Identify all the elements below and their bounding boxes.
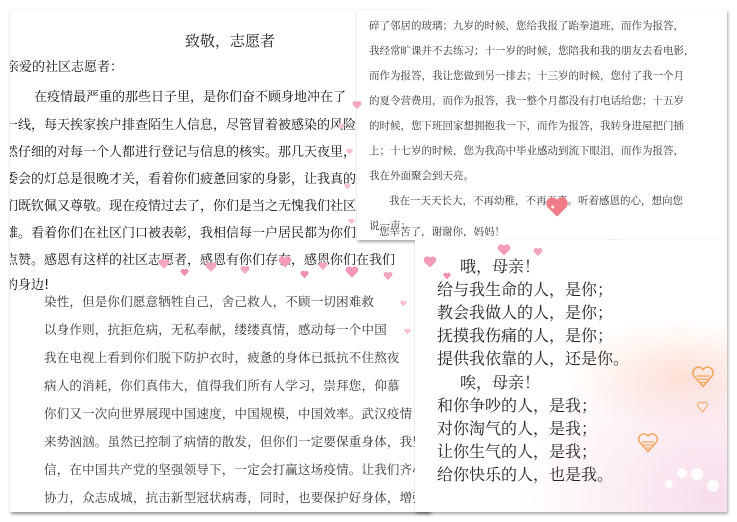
paragraph-line: 上；十七岁的时候，您为我高中毕业感动到流下眼泪，而作为报答， xyxy=(369,143,684,158)
poem-line: 对你淘气的人，是我； xyxy=(437,416,597,439)
paragraph-line: 的身边! xyxy=(10,274,49,293)
paragraph-line: 在疫情最严重的那些日子里，是你们奋不顾身地冲在了 xyxy=(34,86,346,105)
paragraph-line: 的时候，您下班回家想拥抱我一下，而作为报答，我转身进屋把门插 xyxy=(369,118,684,133)
paragraph-line: 的夏令营费用，而作为报答，我一整个月都没有打电话给您；十五岁 xyxy=(369,93,684,108)
paragraph-line: 而作为报答，我让您做到另一排去；十三岁的时候，您付了我一个月 xyxy=(369,68,684,83)
poem-line: 抚摸我伤痛的人，是你； xyxy=(437,323,613,346)
paragraph-line: 你们又一次向世界展现中国速度，中国规模，中国效率。武汉疫情 xyxy=(44,404,412,422)
poem-line: 给与我生命的人，是你； xyxy=(437,277,613,300)
paragraph-line: 雄。看着你们在社区门口被表彰，我相信每一户居民都为你们大大 xyxy=(10,222,382,241)
poem-line: 给你快乐的人，也是我。 xyxy=(437,462,613,485)
document-page-gratitude-letter: 碎了邻居的玻璃；九岁的时候，您给我报了跆拳道班，而作为报答， 我经常旷课并不去练… xyxy=(357,10,727,240)
paragraph-line: 我在电视上看到你们脱下防护衣时，疲惫的身体已抵抗不住熬夜 xyxy=(44,348,400,366)
paragraph-line: 来势汹汹。虽然已控制了病情的散发，但你们一定要保重身体，我坚 xyxy=(44,432,420,450)
paragraph-line: 以身作则，抗拒危病，无私奉献，缕缕真情，感动每一个中国 xyxy=(44,320,387,338)
paragraph-line: 病人的消耗，你们真伟大，值得我们所有人学习，崇拜您，仰慕 xyxy=(44,376,400,394)
paragraph-line: 点赞。感恩有这样的社区志愿者，感恩有你们存在，感恩你们在我们 xyxy=(10,249,395,268)
poem-line: 哦，母亲！ xyxy=(460,254,540,277)
paragraph-line: 协力，众志成城，抗击新型冠状病毒，同时，也要保护好身体，增强 xyxy=(44,488,420,506)
poem-line: 提供我依靠的人，还是你。 xyxy=(437,346,629,369)
paragraph-line: 染性，但是你们愿意牺牲自己，舍己救人，不顾一切困难救 xyxy=(44,292,374,310)
paragraph-line: 我在外面聚会到天亮。 xyxy=(369,168,474,183)
bokeh-dot xyxy=(665,480,673,488)
document-page-mother-poem: 哦，母亲！ 给与我生命的人，是你； 教会我做人的人，是你； 抚摸我伤痛的人，是你… xyxy=(415,240,727,512)
poem-line: 唉，母亲！ xyxy=(460,370,540,393)
paragraph-line: 信，在中国共产党的坚强领导下，一定会打赢这场疫情。让我们齐心 xyxy=(44,460,420,478)
poem-line: 教会我做人的人，是你； xyxy=(437,300,613,323)
salutation: 亲爱的社区志愿者： xyxy=(10,56,123,75)
paragraph-line: 然仔细的对每一个人都进行登记与信息的核实。那几天夜里， xyxy=(10,141,356,160)
bokeh-dot xyxy=(691,468,703,480)
bokeh-dot xyxy=(677,468,687,478)
paragraph-line: 们既钦佩又尊敬。现在疫情过去了，你们是当之无愧我们社区里的 xyxy=(10,195,382,214)
paragraph-line: 我经常旷课并不去练习；十一岁的时候，您陪我和我的朋友去看电影， xyxy=(369,43,695,58)
bokeh-dot xyxy=(707,480,719,492)
poem-line: 让你生气的人，是我； xyxy=(437,439,597,462)
paragraph-line: 我在一天天长大，不再幼稚，不再天真。听着感恩的心，想向您 xyxy=(389,193,683,208)
paragraph-line: 一线，每天挨家挨户排查陌生人信息，尽管冒着被感染的风险 xyxy=(10,114,356,133)
paragraph-line: 委会的灯总是很晚才关，看着你们疲惫回家的身影，让我真的是 xyxy=(10,168,369,187)
closing-line: 您辛苦了，谢谢你，妈妈！ xyxy=(379,224,505,239)
poem-line: 和你争吵的人，是我； xyxy=(437,393,597,416)
paragraph-line: 碎了邻居的玻璃；九岁的时候，您给我报了跆拳道班，而作为报答， xyxy=(369,18,684,33)
